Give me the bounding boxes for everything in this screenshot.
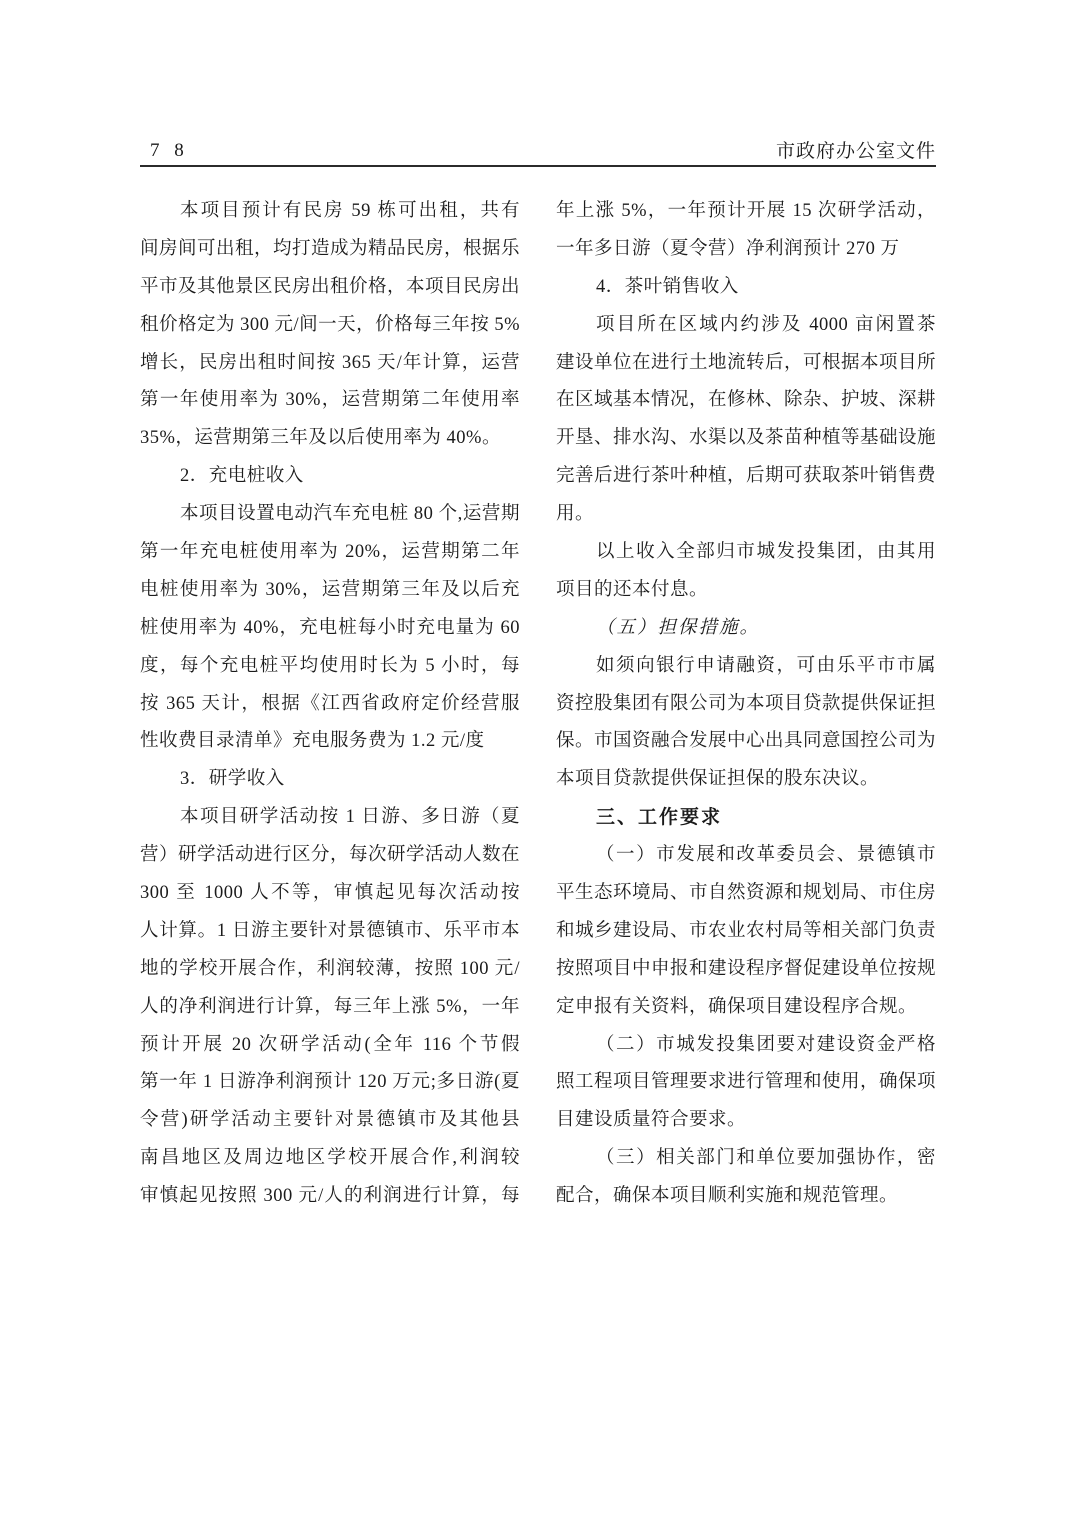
text-line: 照工程项目管理要求进行管理和使用，确保项 — [556, 1064, 936, 1102]
text-line: 人计算。1 日游主要针对景德镇市、乐平市本 — [140, 913, 520, 951]
text-line: 3．研学收入 — [140, 761, 520, 799]
text-line: （二）市城发投集团要对建设资金严格按 — [556, 1027, 936, 1065]
text-line: 4．茶叶销售收入 — [556, 269, 936, 307]
text-line: 资控股集团有限公司为本项目贷款提供保证担 — [556, 686, 936, 724]
text-line: 本项目预计有民房 59 栋可出租，共有 350 — [140, 193, 520, 231]
text-line: 本项目设置电动汽车充电桩 80 个,运营期 — [140, 496, 520, 534]
text-line: 完善后进行茶叶种植，后期可获取茶叶销售费 — [556, 458, 936, 496]
text-line: 平生态环境局、市自然资源和规划局、市住房 — [556, 875, 936, 913]
text-line: 配合，确保本项目顺利实施和规范管理。 — [556, 1178, 936, 1216]
text-line: 目建设质量符合要求。 — [556, 1102, 936, 1140]
text-line: 度，每个充电桩平均使用时长为 5 小时，每年 — [140, 648, 520, 686]
text-line: 如须向银行申请融资，可由乐平市市属国 — [556, 648, 936, 686]
text-line: 第一年充电桩使用率为 20%，运营期第二年充 — [140, 534, 520, 572]
text-line: 桩使用率为 40%，充电桩每小时充电量为 60 — [140, 610, 520, 648]
text-line: 按照项目中申报和建设程序督促建设单位按规 — [556, 951, 936, 989]
text-line: 一年多日游（夏令营）净利润预计 270 万元。 — [556, 231, 936, 269]
text-line: 按 365 天计，根据《江西省政府定价经营服务 — [140, 686, 520, 724]
text-line: 三、工作要求 — [556, 799, 936, 837]
text-line: 35%，运营期第三年及以后使用率为 40%。 — [140, 420, 520, 458]
page-number: 7 8 — [150, 140, 189, 162]
text-line: 令营)研学活动主要针对景德镇市及其他县区、 — [140, 1102, 520, 1140]
text-line: （五）担保措施。 — [556, 610, 936, 648]
text-line: 以上收入全部归市城发投集团，由其用于 — [556, 534, 936, 572]
text-columns: 本项目预计有民房 59 栋可出租，共有 350间房间可出租，均打造成为精品民房，… — [140, 193, 936, 1216]
text-line: 审慎起见按照 300 元/人的利润进行计算，每三 — [140, 1178, 520, 1216]
left-column: 本项目预计有民房 59 栋可出租，共有 350间房间可出租，均打造成为精品民房，… — [140, 193, 520, 1216]
text-line: 平市及其他景区民房出租价格，本项目民房出 — [140, 269, 520, 307]
text-line: 增长，民房出租时间按 365 天/年计算，运营期 — [140, 345, 520, 383]
text-line: 定申报有关资料，确保项目建设程序合规。 — [556, 989, 936, 1027]
header-title: 市政府办公室文件 — [776, 136, 936, 163]
text-line: 建设单位在进行土地流转后，可根据本项目所 — [556, 345, 936, 383]
document-page: 7 8 市政府办公室文件 本项目预计有民房 59 栋可出租，共有 350间房间可… — [0, 0, 1074, 1520]
text-line: 南昌地区及周边地区学校开展合作,利润较高， — [140, 1140, 520, 1178]
text-line: （三）相关部门和单位要加强协作，密切 — [556, 1140, 936, 1178]
text-line: 在区域基本情况，在修林、除杂、护坡、深耕 — [556, 382, 936, 420]
text-line: 第一年使用率为 30%，运营期第二年使用率为 — [140, 382, 520, 420]
right-column: 年上涨 5%，一年预计开展 15 次研学活动，第一年多日游（夏令营）净利润预计 … — [556, 193, 936, 1216]
text-line: 第一年 1 日游净利润预计 120 万元;多日游(夏 — [140, 1064, 520, 1102]
text-line: 项目所在区域内约涉及 4000 亩闲置茶园， — [556, 307, 936, 345]
text-line: 性收费目录清单》充电服务费为 1.2 元/度电。 — [140, 723, 520, 761]
text-line: 营）研学活动进行区分，每次研学活动人数在 — [140, 837, 520, 875]
text-line: 300 至 1000 人不等，审慎起见每次活动按 600 — [140, 875, 520, 913]
text-line: 本项目研学活动按 1 日游、多日游（夏令 — [140, 799, 520, 837]
text-line: 地的学校开展合作，利润较薄，按照 100 元/ — [140, 951, 520, 989]
text-line: 2．充电桩收入 — [140, 458, 520, 496]
text-line: 间房间可出租，均打造成为精品民房，根据乐 — [140, 231, 520, 269]
header-divider — [140, 165, 936, 167]
text-line: 开垦、排水沟、水渠以及茶苗种植等基础设施 — [556, 420, 936, 458]
text-line: 预计开展 20 次研学活动(全年 116 个节假日)， — [140, 1027, 520, 1065]
text-line: 本项目贷款提供保证担保的股东决议。 — [556, 761, 936, 799]
text-line: 年上涨 5%，一年预计开展 15 次研学活动，第 — [556, 193, 936, 231]
text-line: 人的净利润进行计算，每三年上涨 5%，一年 — [140, 989, 520, 1027]
text-line: 和城乡建设局、市农业农村局等相关部门负责 — [556, 913, 936, 951]
text-line: 项目的还本付息。 — [556, 572, 936, 610]
text-line: （一）市发展和改革委员会、景德镇市乐 — [556, 837, 936, 875]
text-line: 保。市国资融合发展中心出具同意国控公司为 — [556, 723, 936, 761]
text-line: 用。 — [556, 496, 936, 534]
text-line: 租价格定为 300 元/间一天，价格每三年按 5% — [140, 307, 520, 345]
text-line: 电桩使用率为 30%，运营期第三年及以后充电 — [140, 572, 520, 610]
